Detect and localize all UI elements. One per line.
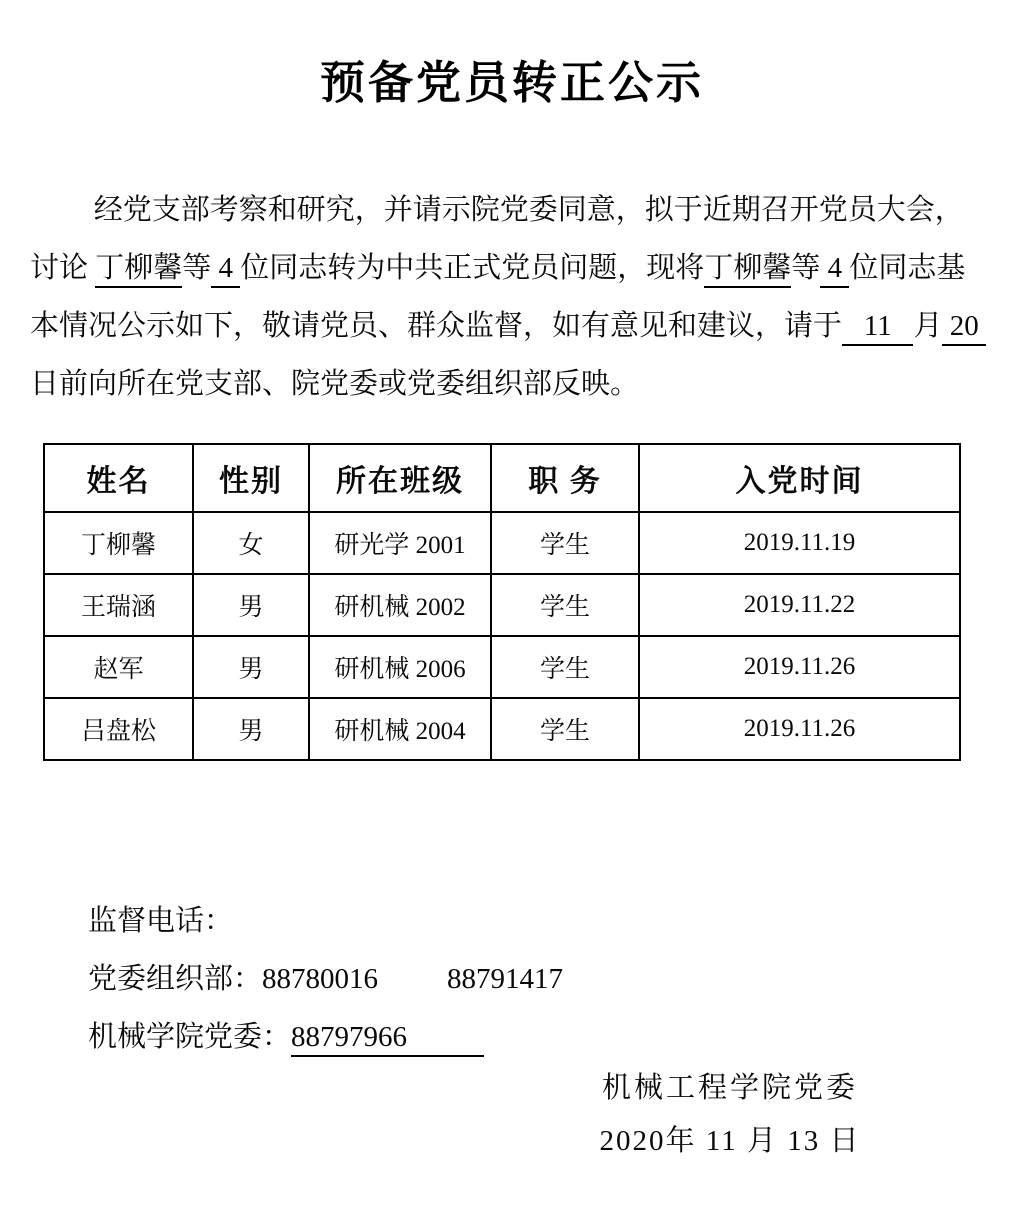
- table-cell: 2019.11.26: [639, 698, 960, 760]
- college-label: 机械学院党委：: [88, 1021, 291, 1053]
- table-cell: 2019.11.22: [639, 574, 960, 636]
- table-cell: 吕盘松: [44, 698, 193, 760]
- underlined-fill-in: 4: [820, 252, 849, 288]
- table-cell: 丁柳馨: [44, 512, 193, 574]
- table-cell: 学生: [491, 512, 639, 574]
- table-cell: 研光学 2001: [309, 512, 491, 574]
- paragraph-line: 讨论 丁柳馨等 4 位同志转为中共正式党员问题，现将丁柳馨等 4 位同志基: [30, 239, 996, 297]
- table-cell: 男: [193, 574, 309, 636]
- text-segment: 等: [791, 252, 820, 284]
- table-cell: 学生: [491, 698, 639, 760]
- table-header-cell: 姓名: [44, 444, 193, 512]
- text-segment: 本情况公示如下，敬请党员、群众监督，如有意见和建议，请于: [30, 310, 842, 342]
- signature-date: 2020年 11 月 13 日: [530, 1121, 930, 1161]
- table-cell: 男: [193, 698, 309, 760]
- text-segment: 位同志转为中共正式党员问题，现将: [240, 252, 704, 284]
- table-header-cell: 入党时间: [639, 444, 960, 512]
- table-cell: 女: [193, 512, 309, 574]
- text-segment: 讨论: [30, 252, 95, 284]
- underlined-fill-in: 4: [211, 252, 240, 288]
- signature-block: 机械工程学院党委 2020年 11 月 13 日: [530, 1068, 930, 1161]
- underlined-fill-in: 丁柳馨: [704, 252, 791, 288]
- table-cell: 学生: [491, 636, 639, 698]
- table-cell: 研机械 2002: [309, 574, 491, 636]
- table-cell: 学生: [491, 574, 639, 636]
- table-body: 丁柳馨女研光学 2001学生2019.11.19王瑞涵男研机械 2002学生20…: [44, 512, 960, 760]
- signature-org: 机械工程学院党委: [530, 1068, 930, 1108]
- paragraph-line: 日前向所在党支部、院党委或党委组织部反映。: [30, 355, 996, 413]
- supervision-phone-label: 监督电话：: [88, 905, 233, 937]
- paragraph-line: 经党支部考察和研究，并请示院党委同意，拟于近期召开党员大会，: [30, 181, 996, 239]
- underlined-fill-in: 丁柳馨: [95, 252, 182, 288]
- table-header-cell: 性别: [193, 444, 309, 512]
- table-row: 赵军男研机械 2006学生2019.11.26: [44, 636, 960, 698]
- supervision-phone-line: 监督电话：: [88, 892, 563, 950]
- table-cell: 男: [193, 636, 309, 698]
- table-cell: 王瑞涵: [44, 574, 193, 636]
- table-row: 吕盘松男研机械 2004学生2019.11.26: [44, 698, 960, 760]
- table-cell: 研机械 2004: [309, 698, 491, 760]
- text-segment: 位同志基: [849, 252, 965, 284]
- org-phone-2: 88791417: [447, 963, 563, 995]
- members-table: 姓名性别所在班级职 务入党时间 丁柳馨女研光学 2001学生2019.11.19…: [43, 443, 961, 761]
- contact-section: 监督电话： 党委组织部：8878001688791417 机械学院党委：8879…: [88, 892, 563, 1066]
- text-segment: 月: [913, 310, 942, 342]
- document-page: 预备党员转正公示 经党支部考察和研究，并请示院党委同意，拟于近期召开党员大会，讨…: [0, 0, 1024, 1220]
- table-cell: 2019.11.19: [639, 512, 960, 574]
- table-cell: 赵军: [44, 636, 193, 698]
- table-cell: 2019.11.26: [639, 636, 960, 698]
- text-segment: 等: [182, 252, 211, 284]
- org-dept-label: 党委组织部：: [88, 963, 262, 995]
- table-header-cell: 所在班级: [309, 444, 491, 512]
- notice-paragraph: 经党支部考察和研究，并请示院党委同意，拟于近期召开党员大会，讨论 丁柳馨等 4 …: [30, 181, 996, 413]
- org-dept-phone-line: 党委组织部：8878001688791417: [88, 950, 563, 1008]
- college-phone: 88797966: [291, 1021, 484, 1057]
- table-header-row: 姓名性别所在班级职 务入党时间: [44, 444, 960, 512]
- table-row: 丁柳馨女研光学 2001学生2019.11.19: [44, 512, 960, 574]
- org-phone-1: 88780016: [262, 963, 378, 995]
- table-cell: 研机械 2006: [309, 636, 491, 698]
- page-title: 预备党员转正公示: [0, 46, 1024, 111]
- college-phone-line: 机械学院党委：88797966: [88, 1008, 563, 1066]
- table-row: 王瑞涵男研机械 2002学生2019.11.22: [44, 574, 960, 636]
- paragraph-line: 本情况公示如下，敬请党员、群众监督，如有意见和建议，请于 11 月 20: [30, 297, 996, 355]
- text-segment: 日前向所在党支部、院党委或党委组织部反映。: [30, 368, 639, 400]
- underlined-fill-in: 11: [842, 310, 913, 346]
- text-segment: 经党支部考察和研究，并请示院党委同意，拟于近期召开党员大会，: [94, 194, 964, 226]
- underlined-fill-in: 20: [942, 310, 986, 346]
- table-header-cell: 职 务: [491, 444, 639, 512]
